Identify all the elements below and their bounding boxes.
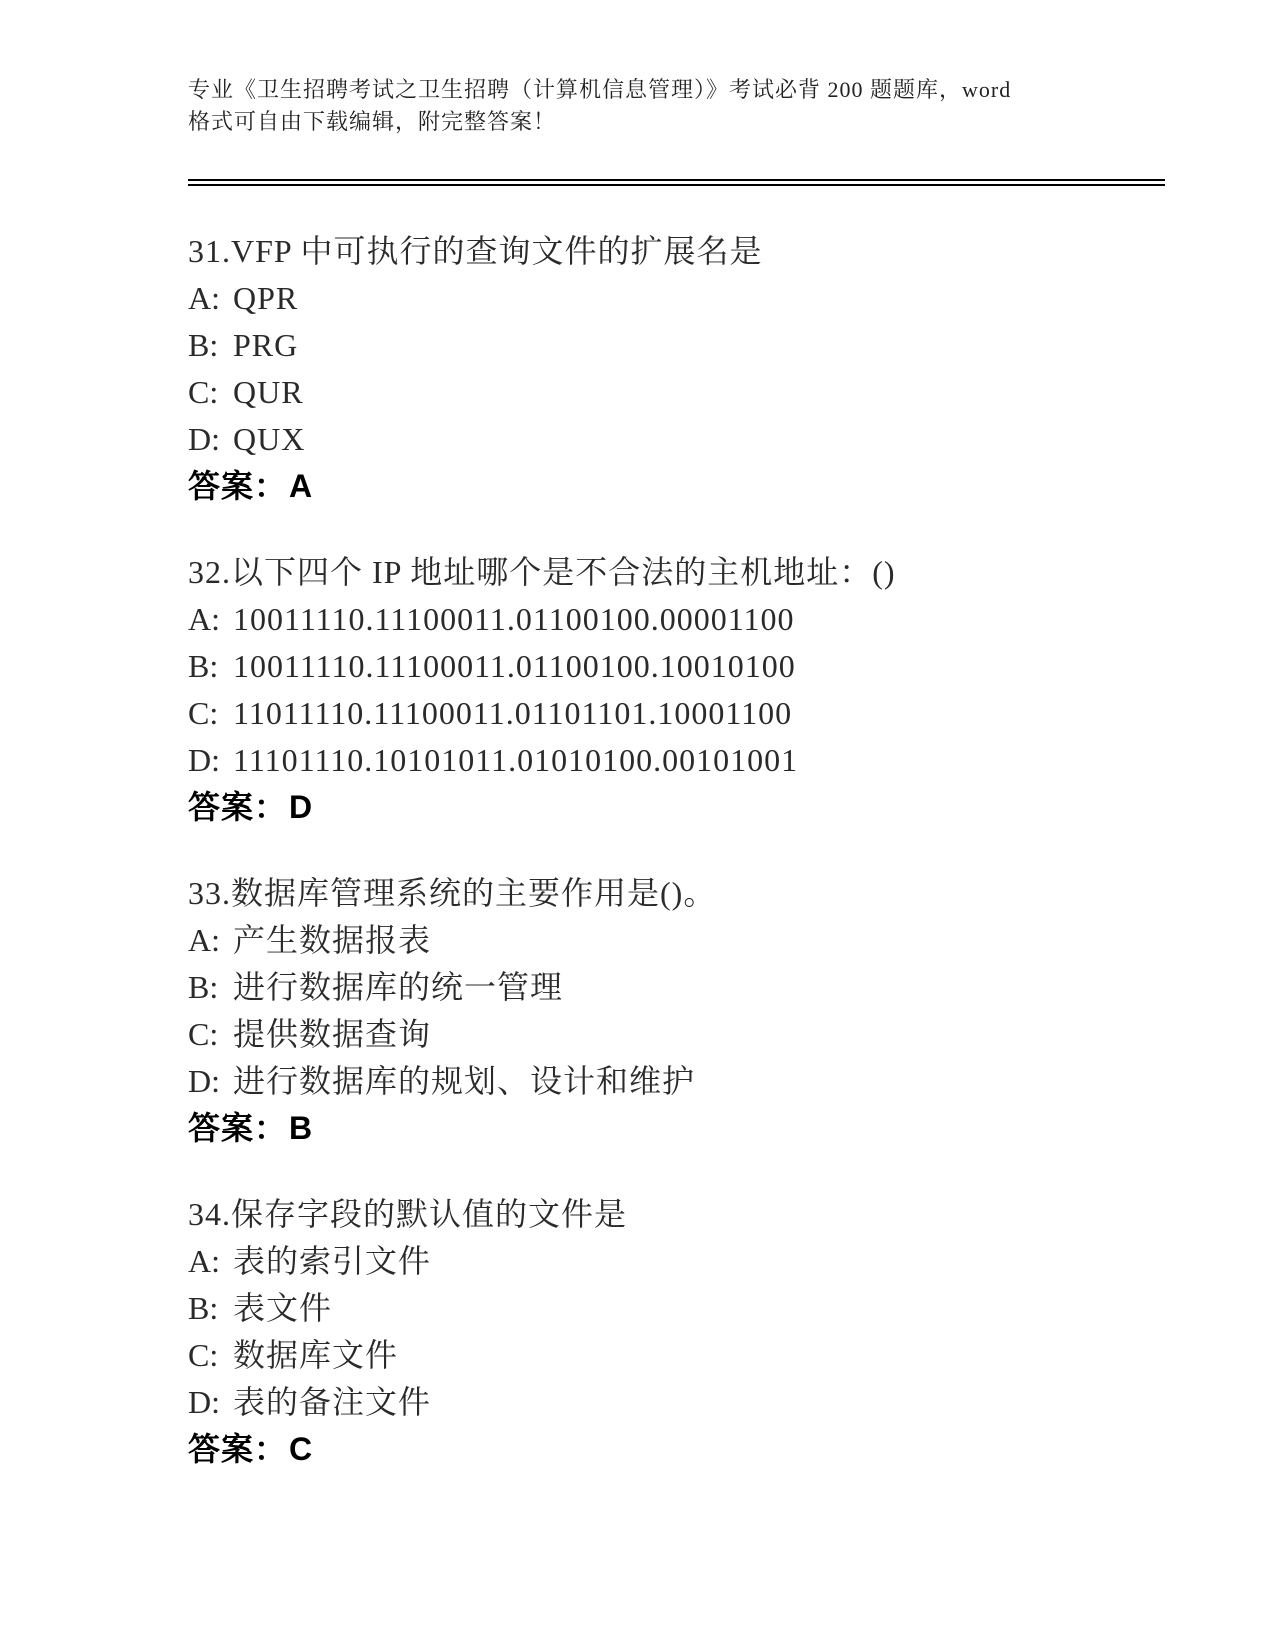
option-row-c: C:数据库文件 <box>188 1332 1165 1379</box>
option-row-c: C:提供数据查询 <box>188 1011 1165 1058</box>
answer-row: 答案：A <box>188 463 1165 510</box>
question-title-text: 32.以下四个 IP 地址哪个是不合法的主机地址：() <box>188 554 896 590</box>
option-label: B: <box>188 964 233 1011</box>
option-text: 数据库文件 <box>233 1337 398 1373</box>
option-text: 进行数据库的统一管理 <box>233 969 563 1005</box>
question-title: 33.数据库管理系统的主要作用是()。 <box>188 870 1165 917</box>
question-block-32: 32.以下四个 IP 地址哪个是不合法的主机地址：() A:10011110.1… <box>188 549 1165 831</box>
option-text: QUX <box>233 421 305 457</box>
option-text: 产生数据报表 <box>233 922 431 958</box>
option-row-d: D:11101110.10101011.01010100.00101001 <box>188 737 1165 784</box>
option-text: 11011110.11100011.01101101.10001100 <box>233 695 792 731</box>
option-text: 提供数据查询 <box>233 1016 431 1052</box>
option-text: 进行数据库的规划、设计和维护 <box>233 1063 695 1099</box>
option-row-d: D:QUX <box>188 416 1165 463</box>
answer-value: B <box>289 1110 313 1146</box>
answer-value: C <box>289 1431 313 1467</box>
option-label: A: <box>188 1238 233 1285</box>
option-row-b: B:表文件 <box>188 1285 1165 1332</box>
option-label: C: <box>188 1332 233 1379</box>
option-label: C: <box>188 369 233 416</box>
option-text: 10011110.11100011.01100100.10010100 <box>233 648 796 684</box>
option-label: D: <box>188 416 233 463</box>
answer-row: 答案：C <box>188 1426 1165 1473</box>
answer-row: 答案：B <box>188 1105 1165 1152</box>
option-label: B: <box>188 1285 233 1332</box>
option-row-a: A:10011110.11100011.01100100.00001100 <box>188 596 1165 643</box>
option-row-d: D:进行数据库的规划、设计和维护 <box>188 1058 1165 1105</box>
question-title: 31.VFP 中可执行的查询文件的扩展名是 <box>188 228 1165 275</box>
question-list: 31.VFP 中可执行的查询文件的扩展名是 A:QPR B:PRG C:QUR … <box>188 228 1165 1473</box>
option-text: 表的备注文件 <box>233 1384 431 1420</box>
answer-label: 答案： <box>188 468 287 504</box>
option-row-c: C:11011110.11100011.01101101.10001100 <box>188 690 1165 737</box>
option-label: A: <box>188 917 233 964</box>
option-text: 表的索引文件 <box>233 1243 431 1279</box>
option-text: 11101110.10101011.01010100.00101001 <box>233 742 798 778</box>
option-text: 表文件 <box>233 1290 332 1326</box>
option-label: D: <box>188 737 233 784</box>
option-row-a: A:表的索引文件 <box>188 1238 1165 1285</box>
answer-value: D <box>289 789 313 825</box>
option-label: A: <box>188 275 233 322</box>
option-row-b: B:PRG <box>188 322 1165 369</box>
answer-label: 答案： <box>188 1431 287 1467</box>
option-label: B: <box>188 643 233 690</box>
option-row-b: B:10011110.11100011.01100100.10010100 <box>188 643 1165 690</box>
double-rule-divider <box>188 179 1165 186</box>
answer-label: 答案： <box>188 789 287 825</box>
document-header: 专业《卫生招聘考试之卫生招聘（计算机信息管理）》考试必背 200 题题库，wor… <box>188 74 1165 138</box>
option-label: C: <box>188 1011 233 1058</box>
question-block-34: 34.保存字段的默认值的文件是 A:表的索引文件 B:表文件 C:数据库文件 D… <box>188 1191 1165 1473</box>
document-content: 专业《卫生招聘考试之卫生招聘（计算机信息管理）》考试必背 200 题题库，wor… <box>188 74 1165 1473</box>
option-row-a: A:QPR <box>188 275 1165 322</box>
document-page: 专业《卫生招聘考试之卫生招聘（计算机信息管理）》考试必背 200 题题库，wor… <box>0 0 1275 1650</box>
answer-value: A <box>289 468 313 504</box>
option-row-a: A:产生数据报表 <box>188 917 1165 964</box>
option-label: D: <box>188 1058 233 1105</box>
header-line-2: 格式可自由下载编辑，附完整答案！ <box>188 106 1165 138</box>
answer-row: 答案：D <box>188 784 1165 831</box>
option-row-d: D:表的备注文件 <box>188 1379 1165 1426</box>
question-title: 32.以下四个 IP 地址哪个是不合法的主机地址：() <box>188 549 1165 596</box>
header-line-1: 专业《卫生招聘考试之卫生招聘（计算机信息管理）》考试必背 200 题题库，wor… <box>188 74 1165 106</box>
option-text: PRG <box>233 327 298 363</box>
option-text: QPR <box>233 280 298 316</box>
question-block-33: 33.数据库管理系统的主要作用是()。 A:产生数据报表 B:进行数据库的统一管… <box>188 870 1165 1152</box>
question-title-text: 34.保存字段的默认值的文件是 <box>188 1196 627 1232</box>
option-label: B: <box>188 322 233 369</box>
question-title-text: 33.数据库管理系统的主要作用是()。 <box>188 875 716 911</box>
option-row-c: C:QUR <box>188 369 1165 416</box>
option-text: QUR <box>233 374 304 410</box>
option-label: C: <box>188 690 233 737</box>
question-title-text: 31.VFP 中可执行的查询文件的扩展名是 <box>188 233 763 269</box>
option-text: 10011110.11100011.01100100.00001100 <box>233 601 795 637</box>
question-block-31: 31.VFP 中可执行的查询文件的扩展名是 A:QPR B:PRG C:QUR … <box>188 228 1165 510</box>
option-label: A: <box>188 596 233 643</box>
option-row-b: B:进行数据库的统一管理 <box>188 964 1165 1011</box>
answer-label: 答案： <box>188 1110 287 1146</box>
option-label: D: <box>188 1379 233 1426</box>
question-title: 34.保存字段的默认值的文件是 <box>188 1191 1165 1238</box>
